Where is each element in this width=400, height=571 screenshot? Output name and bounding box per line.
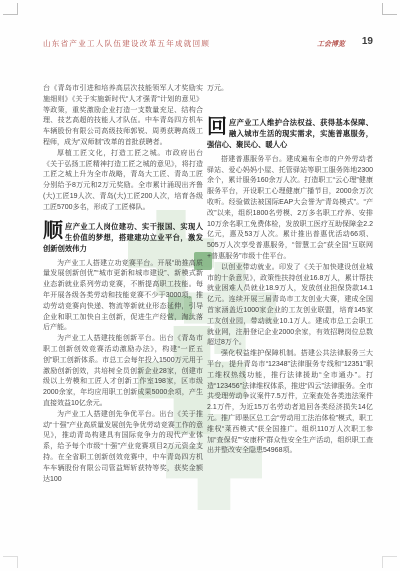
crop-mark-bottom-left — [3, 556, 18, 568]
body-paragraph: 为产业工人搭建立功竞赛平台。开展“助推高质量发展创新创优”“城市更新和城市建设”… — [43, 259, 203, 335]
section-heading: 顺应产业工人岗位建功、实干报国、实现人生价值的梦想，搭建建功立业平台，激发创新创… — [43, 221, 203, 254]
body-paragraph: 万元。 — [207, 84, 373, 95]
body-paragraph: 以创业带动就业。印发了《关于加快建设创业城市的十条意见》，政策性扶持创业16.8… — [207, 263, 373, 349]
magazine-page: 山东省产业工人队伍建设改革五年成就回顾 工会博览 19 台《青岛市引进和培养高层… — [0, 0, 400, 571]
body-paragraph: 为产业工人搭建创先争优平台。出台《关于推动“十强”产业高质量发展创先争优劳动竞赛… — [43, 410, 203, 486]
heading-text: 应产业工人岗位建功、实干报国、实现人生价值的梦想，搭建建功立业平台，激发创新创效… — [43, 222, 203, 253]
magazine-logo: 工会博览 — [317, 39, 345, 49]
page-header-title: 山东省产业工人队伍建设改革五年成就回顾 — [43, 38, 210, 49]
body-paragraph: 台《青岛市引进和培养高层次技能领军人才奖励实施细则》《关于实施新时代“人才强青”… — [43, 84, 203, 149]
article-body: 台《青岛市引进和培养高层次技能领军人才奖励实施细则》《关于实施新时代“人才强青”… — [43, 84, 373, 522]
body-paragraph: 厚植工匠文化，打造工匠之城。市政府出台《关于弘扬工匠精神打造工匠之城的意见》，将… — [43, 149, 203, 214]
drop-cap: 顺 — [43, 221, 65, 241]
body-paragraph: 强化权益维护保障机制。搭建公共法律服务三大平台，提升青岛市“12348”法律服务… — [207, 349, 373, 457]
crop-mark-bottom-right — [382, 556, 397, 568]
page-number: 19 — [362, 36, 373, 47]
section-heading: 回应产业工人维护合法权益、获得基本保障、融入城市生活的现实需求，实施普惠服务，强… — [207, 117, 373, 150]
heading-text: 应产业工人维护合法权益、获得基本保障、融入城市生活的现实需求，实施普惠服务，强信… — [207, 118, 373, 149]
crop-mark-top-left — [3, 3, 18, 15]
drop-cap: 回 — [207, 117, 229, 137]
body-paragraph: 为产业工人搭建技能创新平台。出台《青岛市职工创新创效竞赛活动激励办法》，构建“一… — [43, 334, 203, 410]
body-paragraph: 搭建普惠服务平台。建成遍布全市的户外劳动者驿站、爱心妈妈小屋、托管驿站等职工服务… — [207, 155, 373, 263]
page-header: 山东省产业工人队伍建设改革五年成就回顾 工会博览 19 — [43, 38, 373, 52]
crop-mark-top-right — [382, 3, 397, 15]
left-column: 台《青岛市引进和培养高层次技能领军人才奖励实施细则》《关于实施新时代“人才强青”… — [43, 84, 203, 522]
right-column: 万元。回应产业工人维护合法权益、获得基本保障、融入城市生活的现实需求，实施普惠服… — [207, 84, 373, 522]
